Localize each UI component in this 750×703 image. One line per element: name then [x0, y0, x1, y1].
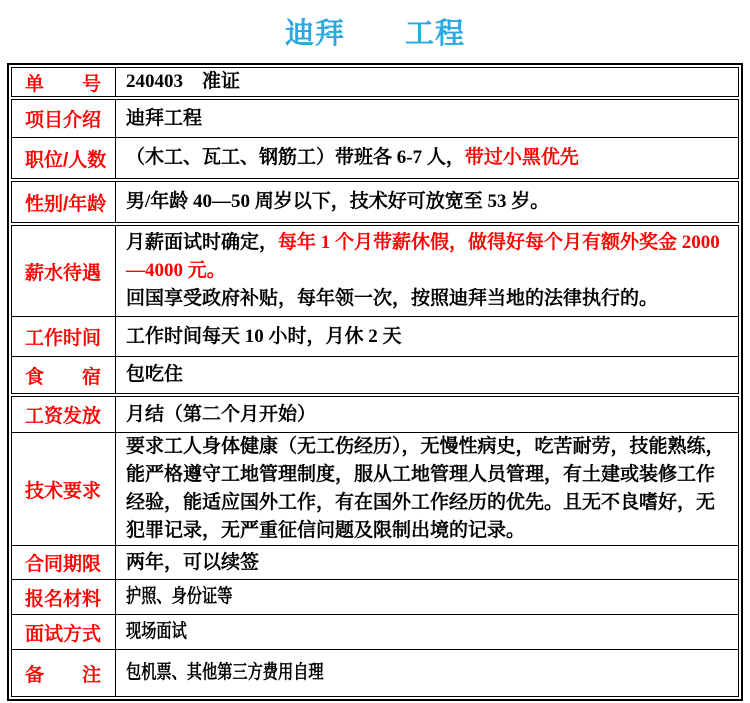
row-label-salary: 薪水待遇 [12, 226, 116, 317]
table-row: 合同期限 两年，可以续签 [12, 546, 739, 580]
table-row: 性别/年龄 男/年龄 40—50 周岁以下，技术好可放宽至 53 岁。 [12, 182, 739, 223]
row-value-position: （木工、瓦工、钢筋工）带班各 6-7 人，带过小黑优先 [116, 138, 739, 179]
interview-text: 现场面试 [126, 618, 187, 646]
table-row: 技术要求 要求工人身体健康（无工伤经历），无慢性病史，吃苦耐劳，技能熟练，能严格… [12, 433, 739, 546]
row-label-interview: 面试方式 [12, 615, 116, 650]
row-label-board: 食 宿 [12, 357, 116, 394]
salary-part1-text: 月薪面试时确定， [126, 232, 278, 253]
salary-line-1: 月薪面试时确定，每年 1 个月带薪休假，做得好每个月有额外奖金 2000—400… [126, 229, 730, 285]
remarks-text: 包机票、其他第三方费用自理 [126, 659, 324, 687]
table-row: 项目介绍 迪拜工程 [12, 100, 739, 138]
row-value-work-hours: 工作时间每天 10 小时，月休 2 天 [116, 317, 739, 357]
table-group-4: 薪水待遇 月薪面试时确定，每年 1 个月带薪休假，做得好每个月有额外奖金 200… [11, 225, 739, 394]
table-group-3: 性别/年龄 男/年龄 40—50 周岁以下，技术好可放宽至 53 岁。 [11, 181, 739, 223]
row-label-order-no: 单 号 [12, 68, 116, 97]
materials-text: 护照、身份证等 [126, 583, 232, 611]
table-row: 备 注 包机票、其他第三方费用自理 [12, 650, 739, 697]
table-row: 工资发放 月结（第二个月开始） [12, 397, 739, 433]
table-group-2: 项目介绍 迪拜工程 职位/人数 （木工、瓦工、钢筋工）带班各 6-7 人，带过小… [11, 99, 739, 179]
row-value-remarks: 包机票、其他第三方费用自理 [116, 650, 739, 697]
table-group-1: 单 号 240403 准证 [11, 67, 739, 97]
row-label-pay-schedule: 工资发放 [12, 397, 116, 433]
document-table-frame: 单 号 240403 准证 项目介绍 迪拜工程 职位/人数 （木工、瓦工、钢筋工… [7, 63, 743, 701]
table-row: 单 号 240403 准证 [12, 68, 739, 97]
row-value-salary: 月薪面试时确定，每年 1 个月带薪休假，做得好每个月有额外奖金 2000—400… [116, 226, 739, 317]
row-label-materials: 报名材料 [12, 580, 116, 615]
row-label-remarks: 备 注 [12, 650, 116, 697]
row-value-materials: 护照、身份证等 [116, 580, 739, 615]
row-value-project: 迪拜工程 [116, 100, 739, 138]
row-value-pay-schedule: 月结（第二个月开始） [116, 397, 739, 433]
row-value-board: 包吃住 [116, 357, 739, 394]
table-row: 职位/人数 （木工、瓦工、钢筋工）带班各 6-7 人，带过小黑优先 [12, 138, 739, 179]
table-row: 面试方式 现场面试 [12, 615, 739, 650]
row-value-skill-req: 要求工人身体健康（无工伤经历），无慢性病史，吃苦耐劳，技能熟练，能严格遵守工地管… [116, 433, 739, 546]
table-row: 薪水待遇 月薪面试时确定，每年 1 个月带薪休假，做得好每个月有额外奖金 200… [12, 226, 739, 317]
row-label-project: 项目介绍 [12, 100, 116, 138]
table-row: 工作时间 工作时间每天 10 小时，月休 2 天 [12, 317, 739, 357]
row-value-contract: 两年，可以续签 [116, 546, 739, 580]
row-label-work-hours: 工作时间 [12, 317, 116, 357]
position-main-text: （木工、瓦工、钢筋工）带班各 6-7 人， [126, 147, 465, 168]
page-title: 迪拜 工程 [0, 0, 750, 52]
table-row: 报名材料 护照、身份证等 [12, 580, 739, 615]
row-value-order-no: 240403 准证 [116, 68, 739, 97]
row-value-gender-age: 男/年龄 40—50 周岁以下，技术好可放宽至 53 岁。 [116, 182, 739, 223]
row-label-skill-req: 技术要求 [12, 433, 116, 546]
table-row: 食 宿 包吃住 [12, 357, 739, 394]
row-label-contract: 合同期限 [12, 546, 116, 580]
salary-line-2: 回国享受政府补贴，每年领一次，按照迪拜当地的法律执行的。 [126, 285, 730, 313]
position-highlight-text: 带过小黑优先 [465, 147, 579, 168]
row-value-interview: 现场面试 [116, 615, 739, 650]
row-label-position: 职位/人数 [12, 138, 116, 179]
row-label-gender-age: 性别/年龄 [12, 182, 116, 223]
table-group-5: 工资发放 月结（第二个月开始） 技术要求 要求工人身体健康（无工伤经历），无慢性… [11, 396, 739, 697]
